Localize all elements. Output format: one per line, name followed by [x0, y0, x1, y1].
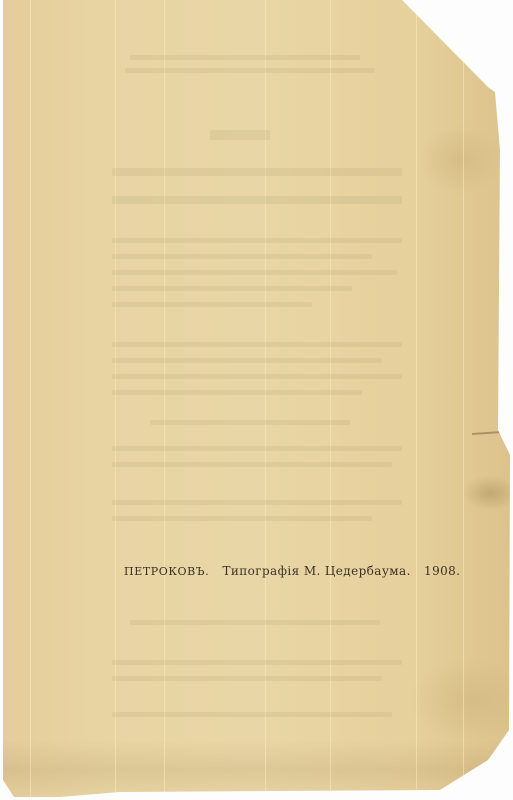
imprint-year: 1908.	[424, 564, 460, 578]
printer-imprint: ПЕТРОКОВЪ. Типографія М. Цедербаума. 190…	[124, 564, 469, 578]
paper-page: ПЕТРОКОВЪ. Типографія М. Цедербаума. 190…	[0, 0, 513, 800]
imprint-printer: Типографія М. Цедербаума.	[222, 564, 410, 578]
bleed-through-text	[0, 0, 513, 800]
scan-background: ПЕТРОКОВЪ. Типографія М. Цедербаума. 190…	[0, 0, 513, 800]
imprint-city: ПЕТРОКОВЪ.	[124, 565, 209, 578]
